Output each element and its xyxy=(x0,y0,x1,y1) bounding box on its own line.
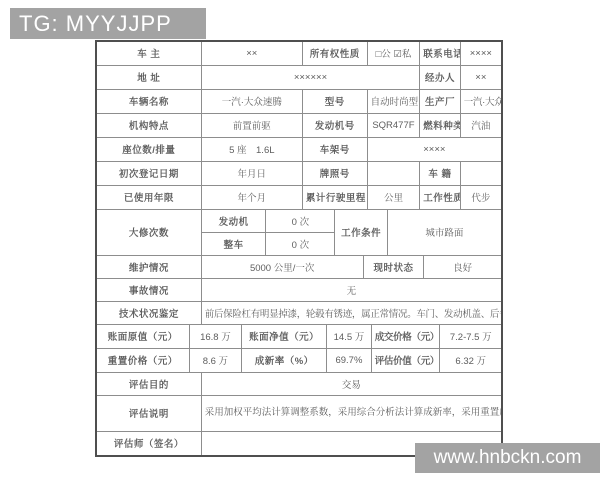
field-value-cell: 城市路面 xyxy=(387,209,502,255)
field-value-cell: 无 xyxy=(201,278,502,301)
vehicle-evaluation-table: 车 主××所有权性质□公 ☑私联系电话××××地 址××××××经办人××车辆名… xyxy=(95,40,503,457)
field-value-cell xyxy=(367,161,420,185)
field-label-cell: 事故情况 xyxy=(96,278,201,301)
table-row: 评估目的交易 xyxy=(96,372,502,395)
table-row: 车辆名称一汽·大众速腾型号自动时尚型生产厂一汽·大众 xyxy=(96,89,502,113)
table-row: 机构特点前置前驱发动机号SQR477F燃料种类汽油 xyxy=(96,113,502,137)
field-value-cell: 8.6 万 xyxy=(189,348,242,372)
field-value-cell: 16.8 万 xyxy=(189,324,242,348)
field-value-cell xyxy=(460,161,502,185)
field-label-cell: 工作条件 xyxy=(335,209,388,255)
field-value-cell: 5 座 1.6L xyxy=(201,137,302,161)
field-value-cell: ×××××× xyxy=(201,65,420,89)
field-label-cell: 工作性质 xyxy=(420,185,460,209)
field-label-cell: 车辆名称 xyxy=(96,89,201,113)
field-label-cell: 账面原值（元） xyxy=(96,324,189,348)
field-value-cell: 14.5 万 xyxy=(327,324,372,348)
table-row: 已使用年限年个月累计行驶里程公里工作性质代步 xyxy=(96,185,502,209)
field-value-cell: 0 次 xyxy=(266,232,335,255)
table-row: 座位数/排量5 座 1.6L车架号×××× xyxy=(96,137,502,161)
field-label-cell: 车架号 xyxy=(302,137,367,161)
field-value-cell: 6.32 万 xyxy=(440,348,502,372)
field-label-cell: 评估价值（元） xyxy=(371,348,440,372)
table-row: 评估说明采用加权平均法计算调整系数，采用综合分析法计算成新率，采用重置成本法计算… xyxy=(96,395,502,431)
field-label-cell: 发动机 xyxy=(201,209,266,232)
table-row: 车 主××所有权性质□公 ☑私联系电话×××× xyxy=(96,41,502,65)
watermark-top-text: TG: MYYJJPP xyxy=(19,11,172,37)
field-label-cell: 已使用年限 xyxy=(96,185,201,209)
field-label-cell: 所有权性质 xyxy=(302,41,367,65)
field-label-cell: 车 籍 xyxy=(420,161,460,185)
field-label-cell: 现时状态 xyxy=(363,255,424,278)
field-value-cell: 良好 xyxy=(424,255,502,278)
field-value-cell: 交易 xyxy=(201,372,502,395)
field-label-cell: 经办人 xyxy=(420,65,460,89)
field-label-cell: 大修次数 xyxy=(96,209,201,255)
field-label-cell: 成新率（%） xyxy=(242,348,327,372)
field-label-cell: 地 址 xyxy=(96,65,201,89)
field-value-cell: ×× xyxy=(201,41,302,65)
field-value-cell: 一汽·大众 xyxy=(460,89,502,113)
field-label-cell: 生产厂 xyxy=(420,89,460,113)
field-label-cell: 初次登记日期 xyxy=(96,161,201,185)
field-value-cell: 5000 公里/一次 xyxy=(201,255,363,278)
field-value-cell: 公里 xyxy=(367,185,420,209)
field-label-cell: 累计行驶里程 xyxy=(302,185,367,209)
field-label-cell: 发动机号 xyxy=(302,113,367,137)
field-value-cell: □公 ☑私 xyxy=(367,41,420,65)
field-label-cell: 重置价格（元） xyxy=(96,348,189,372)
table-row: 重置价格（元）8.6 万成新率（%）69.7%评估价值（元）6.32 万 xyxy=(96,348,502,372)
field-label-cell: 型号 xyxy=(302,89,367,113)
field-label-cell: 联系电话 xyxy=(420,41,460,65)
table-row: 初次登记日期年月日牌照号 车 籍 xyxy=(96,161,502,185)
table-row: 事故情况无 xyxy=(96,278,502,301)
field-value-cell: 一汽·大众速腾 xyxy=(201,89,302,113)
field-value-cell: 汽油 xyxy=(460,113,502,137)
scanned-vehicle-evaluation-form: TG: MYYJJPP 车 主××所有权性质□公 ☑私联系电话××××地 址××… xyxy=(0,0,600,480)
table-row: 维护情况5000 公里/一次现时状态良好 xyxy=(96,255,502,278)
field-label-cell: 座位数/排量 xyxy=(96,137,201,161)
field-value-cell: 自动时尚型 xyxy=(367,89,420,113)
field-value-cell: 采用加权平均法计算调整系数，采用综合分析法计算成新率，采用重置成本法计算评估价值 xyxy=(201,395,502,431)
table-row: 地 址××××××经办人×× xyxy=(96,65,502,89)
field-value-cell: ×× xyxy=(460,65,502,89)
field-value-cell: 年月日 xyxy=(201,161,302,185)
field-label-cell: 账面净值（元） xyxy=(242,324,327,348)
table-row: 大修次数发动机0 次工作条件城市路面 xyxy=(96,209,502,232)
field-label-cell: 维护情况 xyxy=(96,255,201,278)
vehicle-evaluation-table-wrap: 车 主××所有权性质□公 ☑私联系电话××××地 址××××××经办人××车辆名… xyxy=(95,40,503,457)
field-value-cell: 69.7% xyxy=(327,348,372,372)
field-label-cell: 评估说明 xyxy=(96,395,201,431)
field-label-cell: 燃料种类 xyxy=(420,113,460,137)
watermark-bottom: www.hnbckn.com xyxy=(415,443,600,473)
field-label-cell: 评估目的 xyxy=(96,372,201,395)
field-label-cell: 机构特点 xyxy=(96,113,201,137)
field-label-cell: 成交价格（元） xyxy=(371,324,440,348)
field-value-cell: ×××× xyxy=(367,137,502,161)
field-value-cell: 年个月 xyxy=(201,185,302,209)
field-value-cell: 前后保险杠有明显掉漆，轮毂有锈迹，属正常情况。车门、发动机盖、后备箱盖良好 xyxy=(201,301,502,324)
table-row: 技术状况鉴定前后保险杠有明显掉漆，轮毂有锈迹，属正常情况。车门、发动机盖、后备箱… xyxy=(96,301,502,324)
field-value-cell: 代步 xyxy=(460,185,502,209)
field-value-cell: 7.2-7.5 万 xyxy=(440,324,502,348)
field-value-cell: SQR477F xyxy=(367,113,420,137)
field-label-cell: 牌照号 xyxy=(302,161,367,185)
table-row: 账面原值（元）16.8 万账面净值（元）14.5 万成交价格（元）7.2-7.5… xyxy=(96,324,502,348)
field-value-cell: 0 次 xyxy=(266,209,335,232)
field-label-cell: 车 主 xyxy=(96,41,201,65)
field-label-cell: 整车 xyxy=(201,232,266,255)
field-value-cell: 前置前驱 xyxy=(201,113,302,137)
watermark-bottom-text: www.hnbckn.com xyxy=(434,447,582,469)
field-label-cell: 技术状况鉴定 xyxy=(96,301,201,324)
field-value-cell: ×××× xyxy=(460,41,502,65)
watermark-top: TG: MYYJJPP xyxy=(10,8,206,39)
field-label-cell: 评估师（签名） xyxy=(96,431,201,456)
